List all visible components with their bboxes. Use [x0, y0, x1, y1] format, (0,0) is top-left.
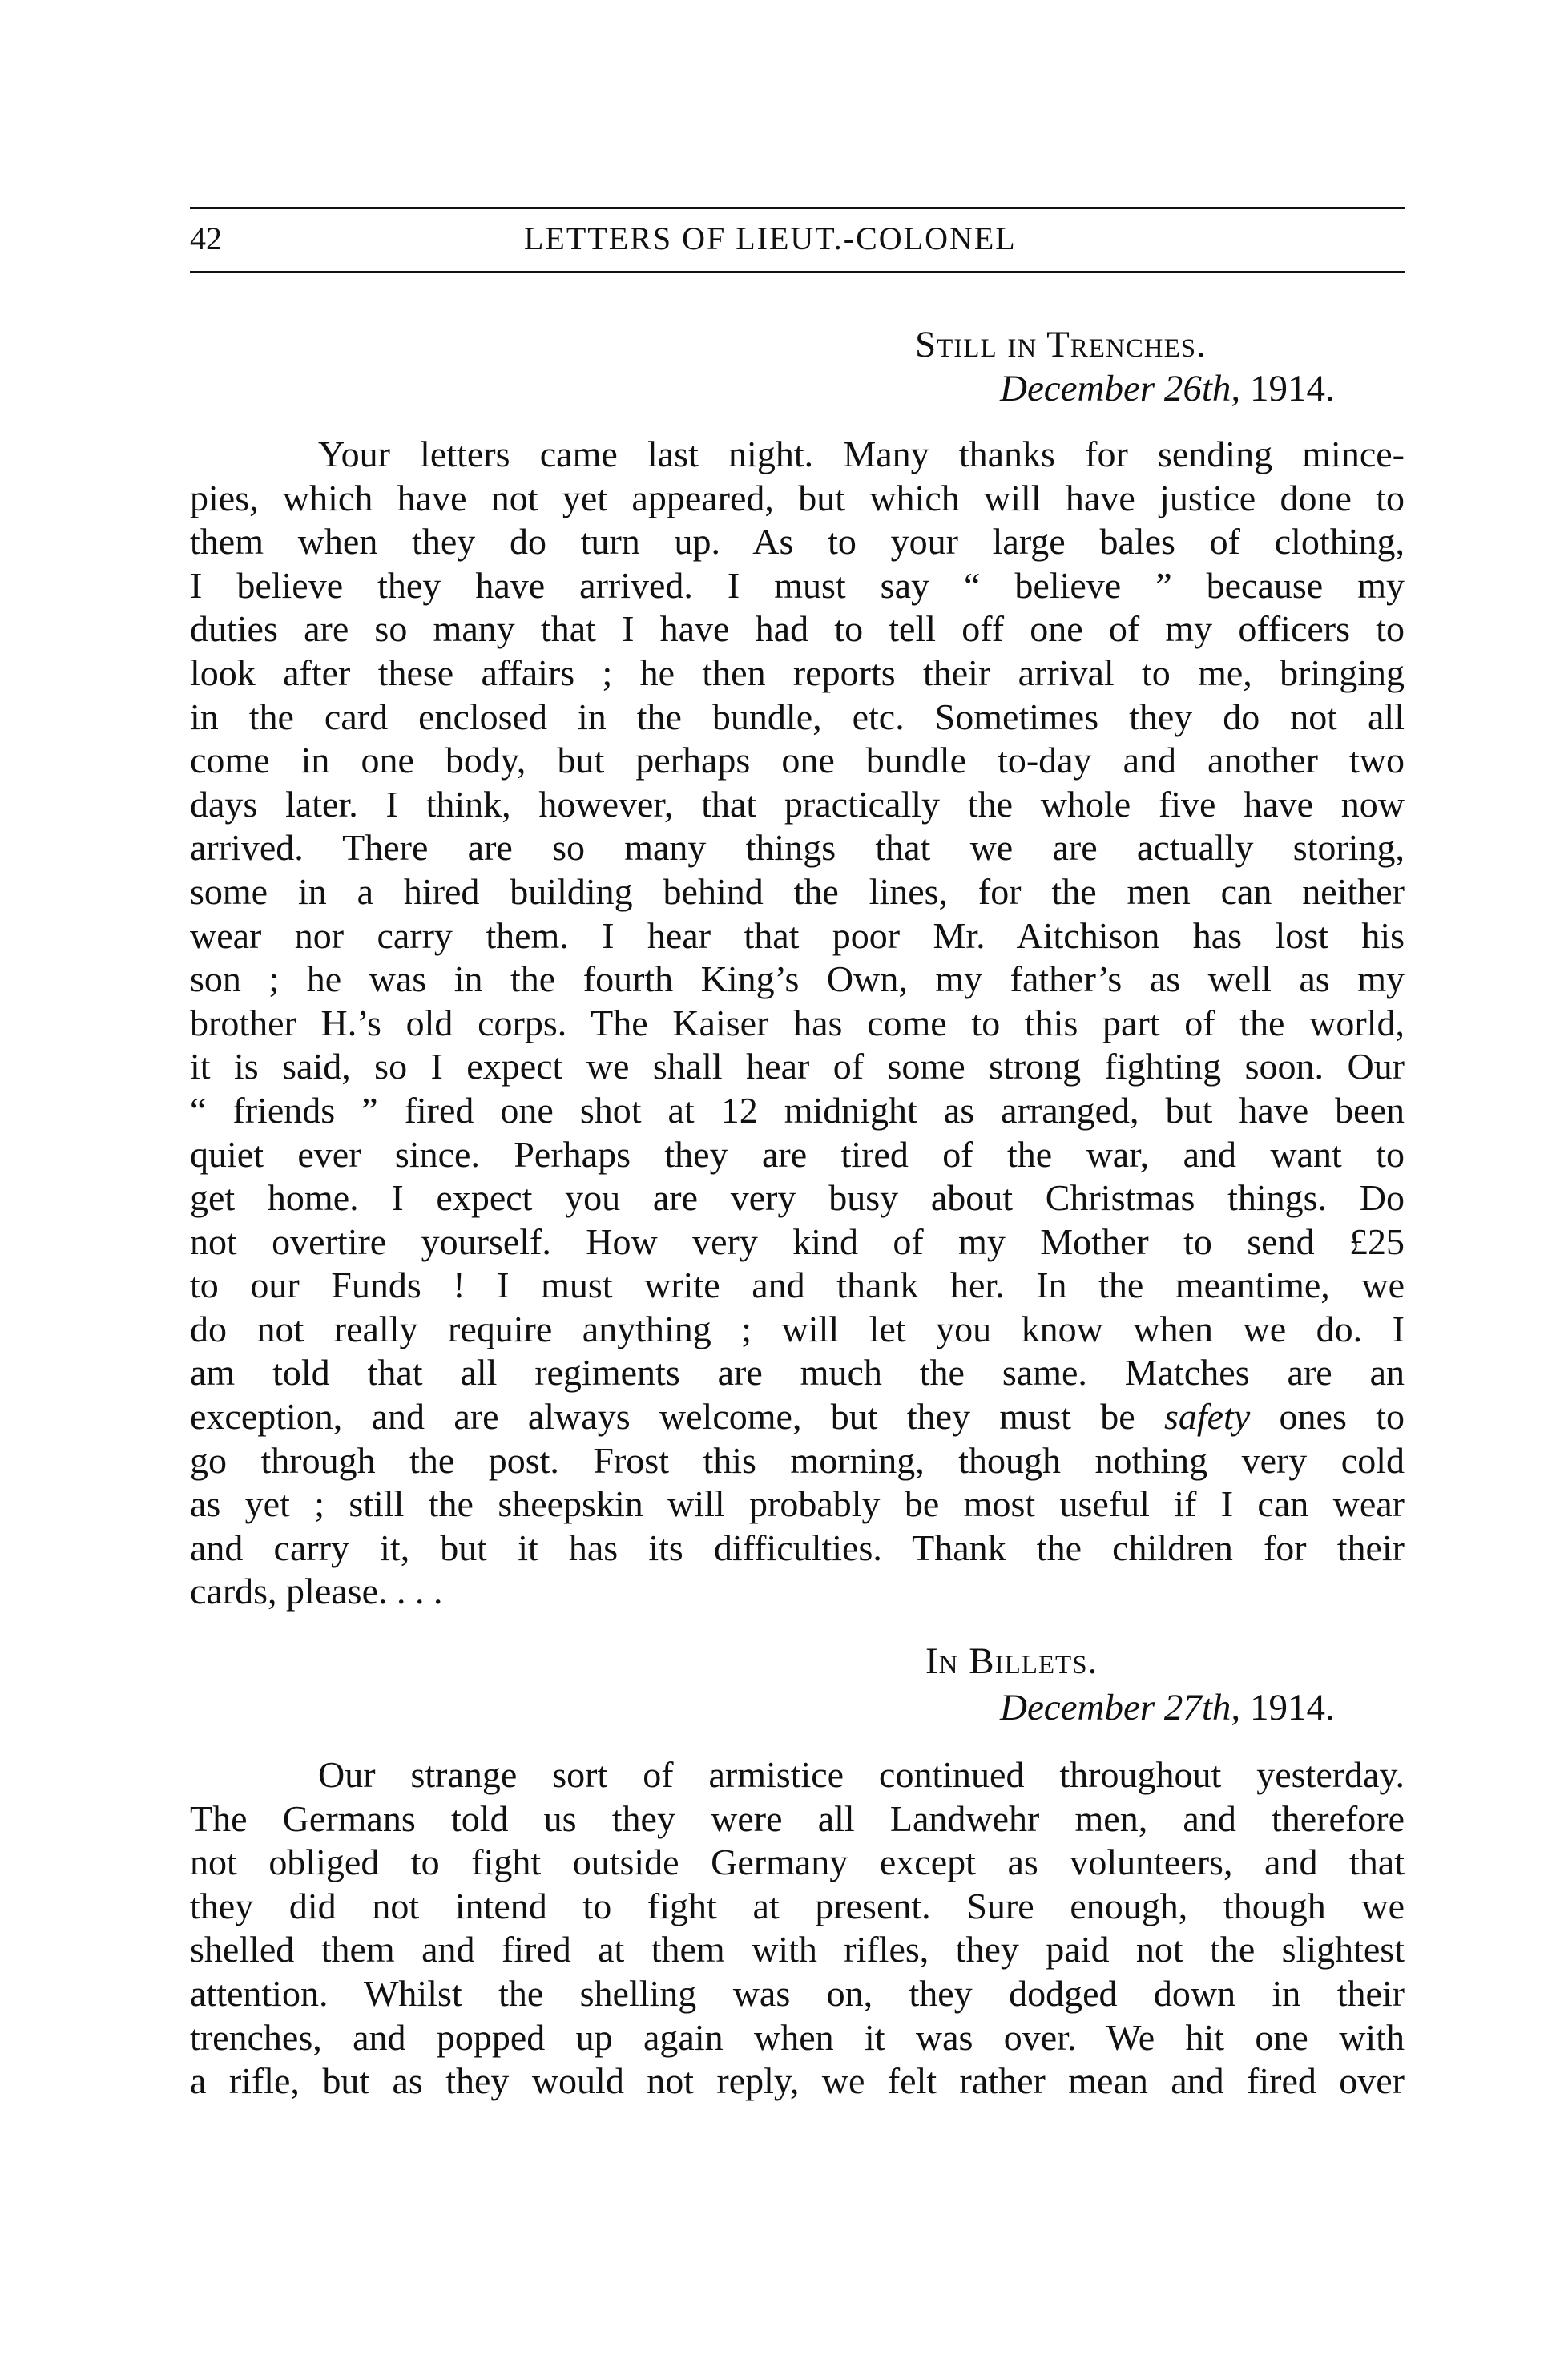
- text-line: cards, please. . . .: [190, 1570, 1405, 1614]
- text-line: wear nor carry them. I hear that poor Mr…: [190, 914, 1405, 958]
- text-line: come in one body, but perhaps one bundle…: [190, 739, 1405, 783]
- letter-date-year: 1914.: [1250, 368, 1335, 409]
- text-line: do not really require anything ; will le…: [190, 1308, 1405, 1352]
- text-run: ones to: [1250, 1396, 1405, 1437]
- text-line: they did not intend to fight at present.…: [190, 1885, 1405, 1929]
- book-page: 42 LETTERS OF LIEUT.-COLONEL Still in Tr…: [0, 0, 1568, 2380]
- text-line: pies, which have not yet appeared, but w…: [190, 477, 1405, 521]
- text-line: it is said, so I expect we shall hear of…: [190, 1045, 1405, 1089]
- text-line: duties are so many that I have had to te…: [190, 607, 1405, 651]
- text-line: trenches, and popped up again when it wa…: [190, 2016, 1405, 2060]
- letter-date: December 27th, 1914.: [1000, 1686, 1335, 1729]
- letter-date: December 26th, 1914.: [1000, 367, 1335, 410]
- text-line: son ; he was in the fourth King’s Own, m…: [190, 958, 1405, 1002]
- text-line: and carry it, but it has its difficultie…: [190, 1527, 1405, 1571]
- text-line: Our strange sort of armistice continued …: [190, 1753, 1405, 1797]
- text-line: not overtire yourself. How very kind of …: [190, 1220, 1405, 1265]
- text-line: I believe they have arrived. I must say …: [190, 564, 1405, 608]
- running-head: 42 LETTERS OF LIEUT.-COLONEL: [190, 221, 1405, 256]
- letter-body-paragraph: Your letters came last night. Many thank…: [190, 433, 1405, 1614]
- text-line: The Germans told us they were all Landwe…: [190, 1797, 1405, 1841]
- text-line: brother H.’s old corps. The Kaiser has c…: [190, 1002, 1405, 1046]
- text-run: exception, and are always welcome, but t…: [190, 1396, 1164, 1437]
- letter-date-month-day: December 27th,: [1000, 1687, 1240, 1729]
- letter-body-paragraph: Our strange sort of armistice continued …: [190, 1753, 1405, 2104]
- letter-date-month-day: December 26th,: [1000, 368, 1240, 409]
- text-line: a rifle, but as they would not reply, we…: [190, 2059, 1405, 2104]
- text-line: not obliged to fight outside Germany exc…: [190, 1841, 1405, 1885]
- text-line: some in a hired building behind the line…: [190, 870, 1405, 914]
- text-line: shelled them and fired at them with rifl…: [190, 1928, 1405, 1972]
- letter-date-year: 1914.: [1250, 1687, 1335, 1729]
- text-line: “ friends ” fired one shot at 12 midnigh…: [190, 1089, 1405, 1133]
- text-line: arrived. There are so many things that w…: [190, 826, 1405, 870]
- text-line: am told that all regiments are much the …: [190, 1351, 1405, 1395]
- text-line: look after these affairs ; he then repor…: [190, 651, 1405, 696]
- text-line: in the card enclosed in the bundle, etc.…: [190, 696, 1405, 740]
- header-top-rule: [190, 207, 1405, 209]
- text-line: get home. I expect you are very busy abo…: [190, 1176, 1405, 1220]
- letter-place-heading: Still in Trenches.: [915, 323, 1207, 366]
- letter-place-heading: In Billets.: [925, 1640, 1098, 1683]
- text-line: to our Funds ! I must write and thank he…: [190, 1264, 1405, 1308]
- header-bottom-rule: [190, 271, 1405, 273]
- text-line: go through the post. Frost this morning,…: [190, 1439, 1405, 1483]
- text-line: attention. Whilst the shelling was on, t…: [190, 1972, 1405, 2016]
- text-line: exception, and are always welcome, but t…: [190, 1395, 1405, 1439]
- text-line: them when they do turn up. As to your la…: [190, 520, 1405, 564]
- text-line: Your letters came last night. Many thank…: [190, 433, 1405, 477]
- running-title: LETTERS OF LIEUT.-COLONEL: [524, 221, 1017, 256]
- page-number: 42: [190, 221, 222, 256]
- text-line: days later. I think, however, that pract…: [190, 783, 1405, 827]
- text-line: quiet ever since. Perhaps they are tired…: [190, 1133, 1405, 1177]
- text-line: as yet ; still the sheepskin will probab…: [190, 1482, 1405, 1527]
- italic-emphasis: safety: [1164, 1396, 1250, 1437]
